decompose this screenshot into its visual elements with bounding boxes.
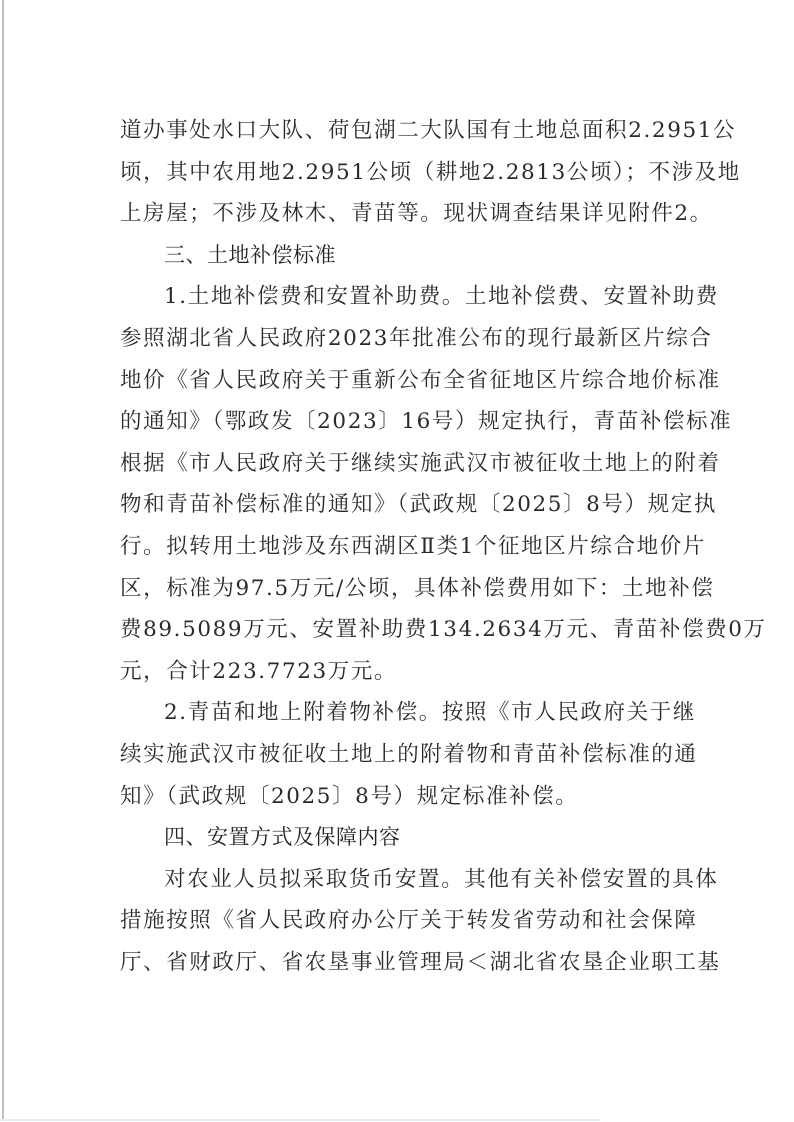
paragraph-land-compensation: 1.土地补偿费和安置补助费。土地补偿费、安置补助费 参照湖北省人民政府2023年… [120,276,676,692]
text-line: 根据《市人民政府关于继续实施武汉市被征收土地上的附着 [120,443,676,485]
text-line: 2.青苗和地上附着物补偿。按照《市人民政府关于继 [120,692,676,734]
text-line: 续实施武汉市被征收土地上的附着物和青苗补偿标准的通 [120,734,676,776]
section-heading-resettlement: 四、安置方式及保障内容 [120,817,676,859]
text-line: 参照湖北省人民政府2023年批准公布的现行最新区片综合 [120,318,676,360]
paragraph-land-area: 道办事处水口大队、荷包湖二大队国有土地总面积2.2951公 顷，其中农用地2.2… [120,110,676,235]
text-line: 厅、省财政厅、省农垦事业管理局＜湖北省农垦企业职工基 [120,942,676,984]
text-line: 区，标准为97.5万元/公顷，具体补偿费用如下：土地补偿 [120,568,676,610]
text-line: 道办事处水口大队、荷包湖二大队国有土地总面积2.2951公 [120,110,676,152]
text-line: 顷，其中农用地2.2951公顷（耕地2.2813公顷）；不涉及地 [120,152,676,194]
text-line: 元，合计223.7723万元。 [120,651,676,693]
text-line: 对农业人员拟采取货币安置。其他有关补偿安置的具体 [120,859,676,901]
text-line: 费89.5089万元、安置补助费134.2634万元、青苗补偿费0万 [120,609,676,651]
scan-edge-left [2,0,4,1120]
paragraph-crop-attachment-compensation: 2.青苗和地上附着物补偿。按照《市人民政府关于继 续实施武汉市被征收土地上的附着… [120,692,676,817]
scan-edge-bottom [0,1119,600,1121]
section-heading-compensation-standard: 三、土地补偿标准 [120,235,676,277]
text-line: 的通知》（鄂政发〔2023〕16号）规定执行，青苗补偿标准 [120,401,676,443]
document-page: 道办事处水口大队、荷包湖二大队国有土地总面积2.2951公 顷，其中农用地2.2… [120,110,676,983]
paragraph-resettlement: 对农业人员拟采取货币安置。其他有关补偿安置的具体 措施按照《省人民政府办公厅关于… [120,859,676,984]
text-line: 知》（武政规〔2025〕8号）规定标准补偿。 [120,776,676,818]
text-line: 1.土地补偿费和安置补助费。土地补偿费、安置补助费 [120,276,676,318]
text-line: 地价《省人民政府关于重新公布全省征地区片综合地价标准 [120,360,676,402]
text-line: 上房屋；不涉及林木、青苗等。现状调查结果详见附件2。 [120,193,676,235]
text-line: 物和青苗补偿标准的通知》（武政规〔2025〕8号）规定执 [120,484,676,526]
text-line: 行。拟转用土地涉及东西湖区Ⅱ类1个征地区片综合地价片 [120,526,676,568]
text-line: 措施按照《省人民政府办公厅关于转发省劳动和社会保障 [120,900,676,942]
